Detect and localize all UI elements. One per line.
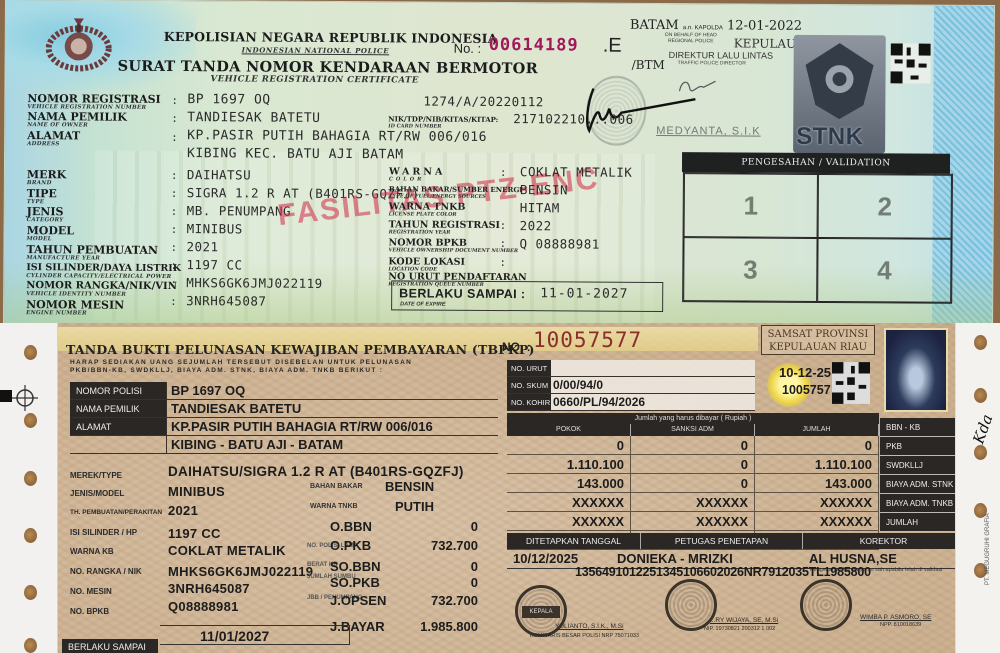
tax-item-value: 0	[358, 559, 478, 574]
slip-title: TANDA BUKTI PELUNASAN KEWAJIBAN PEMBAYAR…	[66, 342, 535, 357]
payment-pokok: 1.110.100	[507, 455, 631, 473]
tax-item-value: 0	[358, 575, 478, 590]
field-label: MEREK/TYPE	[70, 471, 122, 480]
payment-code: 1356491012251345106602026NR7912035TL1985…	[575, 565, 871, 579]
slip-number-label: NO. :	[502, 340, 531, 354]
issue-city: BATAM	[630, 18, 679, 33]
validation-table: PENGESAHAN / VALIDATION 1 2 3 4	[681, 152, 952, 304]
plate-color: PUTIH	[395, 499, 434, 514]
field-label: BAHAN BAKAR	[310, 483, 363, 490]
hologram-sticker	[884, 328, 948, 412]
kohir-number: 0660/PL/94/2026	[551, 394, 755, 410]
payment-sanksi: 0	[631, 436, 755, 454]
punch-hole	[24, 471, 37, 486]
official-id: NIP. 19730821 200312 1 002	[704, 626, 775, 632]
vehicle-color: COKLAT METALIK	[520, 164, 632, 180]
table-row: ALAMAT KP.PASIR PUTIH BAHAGIA RT/RW 006/…	[70, 418, 498, 436]
owner-name: TANDIESAK BATETU	[166, 400, 498, 417]
police-number: BP 1697 OQ	[166, 382, 498, 399]
engine-number: 3NRH645087	[186, 293, 266, 308]
field-label: NOMOR MESINENGINE NUMBER	[26, 299, 124, 317]
owner-address-line2: KIBING KEC. BATU AJI BATAM	[187, 146, 404, 162]
field-label: NOMOR REGISTRASIVEHICLE REGISTRATION NUM…	[27, 93, 160, 111]
field-label: TAHUN REGISTRASIREGISTRATION YEAR	[389, 220, 500, 236]
serial-suffix: .E	[603, 35, 622, 58]
field-label: NOMOR RANGKA/NIK/VINVEHICLE IDENTITY NUM…	[26, 280, 177, 298]
director-title: DIREKTUR LALU LINTAS	[669, 50, 773, 61]
punch-hole	[24, 638, 37, 653]
official-stamp	[800, 579, 852, 631]
field-label: WARNA TNKBLICENSE PLATE COLOR	[389, 202, 466, 217]
bpkb-number: Q08888981	[168, 599, 239, 614]
cylinder-capacity: 1197 CC	[186, 257, 242, 272]
expire-date: 11-01-2027	[540, 286, 628, 302]
field-label: TAHUN PEMBUATANMANUFACTURE YEAR	[26, 244, 158, 262]
payment-row-label: PKB	[880, 437, 966, 456]
id-card-number: 217102210...006	[513, 111, 633, 127]
queue-number	[551, 360, 755, 376]
payment-row-label: BIAYA ADM. TNKB	[880, 494, 966, 513]
payment-row: 000	[507, 436, 879, 455]
slip-number: 10057577	[533, 328, 642, 352]
tax-item-value: 732.700	[358, 538, 478, 553]
payment-row: XXXXXXXXXXXXXXXXXX	[507, 493, 879, 512]
owner-address-line2: KIBING - BATU AJI - BATAM	[166, 436, 498, 453]
document-title-en: VEHICLE REGISTRATION CERTIFICATE	[210, 74, 418, 85]
validation-cell: 3	[683, 237, 817, 302]
vehicle-model: MINIBUS	[187, 221, 243, 236]
payment-jumlah: 143.000	[755, 474, 879, 492]
payment-sanksi: 0	[631, 474, 755, 492]
official-name: ...RY WIJAYA, SE, M.Si	[710, 617, 778, 624]
payment-sanksi: XXXXXX	[631, 512, 755, 530]
stamp-number: 1005757	[782, 383, 831, 397]
registration-code: 1274/A/20220112	[423, 94, 543, 110]
field-label: NO. RANGKA / NIK	[70, 567, 142, 576]
payment-row-label: JUMLAH	[880, 513, 966, 532]
tbpkp-slip: TANDA BUKTI PELUNASAN KEWAJIBAN PEMBAYAR…	[0, 323, 1000, 653]
expire-label: BERLAKU SAMPAI	[62, 639, 158, 653]
issue-behalf: a.n. KAPOLDA	[683, 25, 723, 31]
manufacture-year: 2021	[186, 239, 218, 254]
punch-hole	[974, 388, 987, 403]
field-label: TIPETYPE	[27, 188, 57, 205]
validation-cell: 1	[684, 173, 818, 238]
payment-row-labels: BBN - KBPKBSWDKLLJBIAYA ADM. STNKBIAYA A…	[880, 418, 966, 532]
expire-label: BERLAKU SAMPAI :	[399, 286, 525, 301]
vin-number: MHKS6GK6JMJ022119	[168, 564, 313, 579]
field-label: NAMA PEMILIKNAME OF OWNER	[27, 111, 127, 129]
payment-header: POKOK SANKSI ADM JUMLAH	[507, 424, 879, 436]
printer-name: PT. MEGUGRUHI GRAFIA	[985, 513, 991, 585]
field-label: NO. BPKB	[70, 607, 109, 616]
payment-sanksi: XXXXXX	[631, 493, 755, 511]
validation-cell: 2	[818, 174, 952, 239]
payment-pokok: XXXXXX	[507, 493, 631, 511]
table-row: NO. KOHIR 0660/PL/94/2026	[507, 394, 755, 411]
punch-hole	[24, 345, 37, 360]
punch-hole	[24, 528, 37, 543]
stamp-date: 10-12-25	[779, 365, 831, 380]
agency-name-en: INDONESIAN NATIONAL POLICE	[242, 45, 390, 55]
owner-table: NOMOR POLISI BP 1697 OQ NAMA PEMILIK TAN…	[70, 382, 498, 454]
reference-table: NO. URUT NO. SKUM 0/00/94/0 NO. KOHIR 06…	[507, 360, 755, 411]
payment-row-label: BBN - KB	[880, 418, 966, 437]
payment-row: 1.110.10001.110.100	[507, 455, 879, 474]
field-label: WARNACOLOR	[389, 167, 445, 182]
vehicle-model: MINIBUS	[168, 484, 225, 499]
skum-number: 0/00/94/0	[551, 377, 755, 393]
table-row: NOMOR POLISI BP 1697 OQ	[70, 382, 498, 400]
tax-item-value: 732.700	[358, 593, 478, 608]
punch-hole	[24, 413, 37, 428]
official-name: YULIANTO, S.I.K., M.Si	[555, 623, 624, 630]
registration-number: BP 1697 OQ	[187, 92, 270, 108]
payment-row: 143.0000143.000	[507, 474, 879, 493]
field-label: JENISCATEGORY	[27, 206, 64, 223]
field-label: NO. MESIN	[70, 587, 112, 596]
table-row: NO. SKUM 0/00/94/0	[507, 377, 755, 394]
owner-address: KP.PASIR PUTIH BAHAGIA RT/RW 006/016	[166, 418, 498, 435]
field-label: ISI SILINDER/DAYA LISTRIKCYLINDER CAPACI…	[26, 262, 181, 280]
official-id: NPP. 810018639	[880, 622, 921, 628]
crosshair-icon	[10, 383, 40, 413]
vin-number: MHKS6GK6JMJ022119	[186, 275, 323, 291]
expire-date: 11/01/2027	[200, 628, 269, 644]
official-name: WIMBA P. ASMORO, SE	[860, 614, 931, 621]
payment-pokok: 143.000	[507, 474, 631, 492]
payment-row: XXXXXXXXXXXXXXXXXX	[507, 512, 879, 531]
field-label: TH. PEMBUATAN/PERAKITAN	[70, 509, 162, 516]
serial-number: 00614189	[489, 35, 579, 56]
perforated-edge	[955, 323, 1000, 653]
fuel-type: BENSIN	[385, 479, 434, 494]
owner-address: KP.PASIR PUTIH BAHAGIA RT/RW 006/016	[187, 128, 487, 145]
cylinder-capacity: 1197 CC	[168, 526, 221, 541]
table-row: NAMA PEMILIK TANDIESAK BATETU	[70, 400, 498, 418]
validation-cell: 4	[817, 238, 951, 303]
field-label: BAHAN BAKAR/SUMBER ENERGITYPE OF FUEL/EN…	[389, 184, 523, 200]
field-label: WARNA KB	[70, 547, 114, 556]
qr-code-icon	[891, 43, 931, 83]
table-row: KIBING - BATU AJI - BATAM	[70, 436, 498, 454]
field-label: ISI SILINDER / HP	[70, 528, 137, 537]
owner-name: TANDIESAK BATETU	[187, 110, 320, 126]
bpkb-number: Q 08888981	[519, 236, 599, 251]
punch-hole	[24, 585, 37, 600]
vehicle-category: MB. PENUMPANG	[187, 203, 291, 219]
field-label: MODELMODEL	[27, 225, 75, 242]
punch-hole	[974, 335, 987, 350]
field-label: JENIS/MODEL	[70, 489, 124, 498]
expire-label-en: DATE OF EXPIRE	[400, 301, 445, 307]
id-card-label: NIK/TDP/NIB/KITAS/KITAP:ID CARD NUMBER	[388, 114, 498, 130]
fuel-type: BENSIN	[520, 182, 568, 197]
slip-subtitle: HARAP SEDIAKAN UANG SEJUMLAH TERSEBUT DI…	[70, 359, 412, 375]
payment-pokok: 0	[507, 436, 631, 454]
issue-behalf-en: ON BEHALF OF HEAD REGIONAL POLICE	[661, 32, 721, 44]
plate-color: HITAM	[520, 200, 560, 215]
payment-jumlah: XXXXXX	[755, 512, 879, 530]
stnk-card: KEPOLISIAN NEGARA REPUBLIK INDONESIA IND…	[3, 0, 995, 330]
issue-date: 12-01-2022	[727, 18, 802, 33]
field-label: MERKBRAND	[27, 169, 66, 186]
brand-type: DAIHATSU/SIGRA 1.2 R AT (B401RS-GQZFJ)	[168, 464, 464, 479]
official-id: KOMISARIS BESAR POLISI NRP 75071033	[530, 633, 639, 639]
serial-label: No. :	[454, 41, 482, 56]
payment-jumlah: 1.110.100	[755, 455, 879, 473]
payment-sanksi: 0	[631, 455, 755, 473]
manufacture-year: 2021	[168, 503, 198, 518]
vehicle-color: COKLAT METALIK	[168, 543, 286, 558]
engine-number: 3NRH645087	[168, 581, 250, 596]
samsat-label: SAMSAT PROVINSI KEPULAUAN RIAU	[761, 325, 875, 355]
agency-name: KEPOLISIAN NEGARA REPUBLIK INDONESIA	[164, 29, 498, 46]
validation-title: PENGESAHAN / VALIDATION	[682, 152, 950, 174]
qr-code-icon	[832, 361, 870, 405]
signer-name: MEDYANTA, S.I.K	[656, 125, 761, 138]
payment-row-label: BIAYA ADM. STNK	[880, 475, 966, 494]
tax-item-value: 0	[358, 519, 478, 534]
police-emblem-icon	[46, 14, 112, 72]
field-label: ALAMATADDRESS	[27, 130, 80, 147]
stnk-label: STNK	[796, 123, 864, 151]
total-paid: 1.985.800	[358, 619, 478, 634]
payment-jumlah: 0	[755, 436, 879, 454]
punch-hole	[974, 445, 987, 460]
table-row: NO. URUT	[507, 360, 755, 377]
field-label: WARNA TNKB	[310, 503, 358, 510]
police-emblem-icon	[793, 35, 886, 126]
registration-year: 2022	[520, 218, 552, 233]
assessment-header: DITETAPKAN TANGGAL PETUGAS PENETAPAN KOR…	[507, 533, 965, 549]
perforated-edge	[0, 323, 58, 653]
payment-row-label: SWDKLLJ	[880, 456, 966, 475]
brand: DAIHATSU	[187, 167, 251, 182]
payment-caption: Jumlah yang harus dibayar ( Rupiah )	[507, 413, 879, 424]
payment-jumlah: XXXXXX	[755, 493, 879, 511]
director-title-en: TRAFFIC POLICE DIRECTOR	[678, 60, 746, 66]
payment-pokok: XXXXXX	[507, 512, 631, 530]
